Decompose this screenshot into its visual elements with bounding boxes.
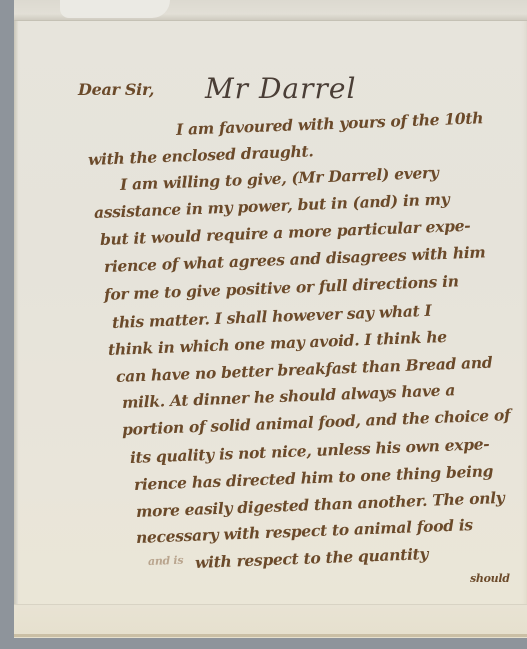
- salutation: Dear Sir,: [78, 80, 154, 99]
- paper-left-edge: [14, 0, 18, 637]
- bottom-edge-stain: [14, 634, 527, 637]
- addressee-heading: Mr Darrel: [205, 72, 356, 105]
- bottom-fold: [14, 604, 527, 638]
- letter-scan: Dear Sir, Mr Darrel I am favoured with y…: [0, 0, 527, 649]
- interlinear-note-should: should: [470, 572, 510, 585]
- mounting-tape: [60, 0, 170, 18]
- faint-prefix: and is: [148, 554, 184, 568]
